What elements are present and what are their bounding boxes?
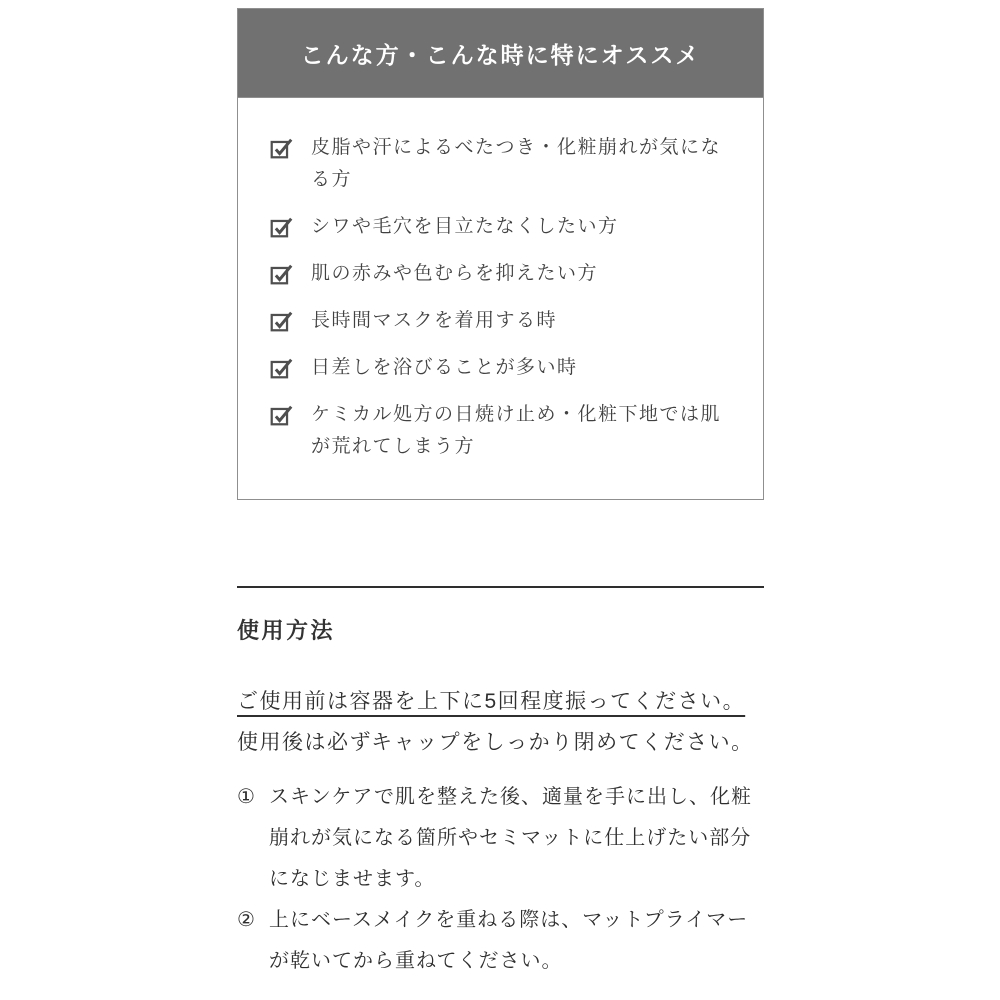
- step-number: ①: [237, 777, 269, 818]
- usage-step: ① スキンケアで肌を整えた後、適量を手に出し、化粧崩れが気になる箇所やセミマット…: [237, 777, 764, 900]
- checklist-item: 皮脂や汗によるべたつき・化粧崩れが気になる方: [268, 132, 739, 196]
- checked-checkbox-icon: [268, 308, 294, 334]
- usage-step: ② 上にベースメイクを重ねる際は、マットプライマーが乾いてから重ねてください。: [237, 900, 764, 982]
- checklist-item-label: 肌の赤みや色むらを抑えたい方: [311, 258, 598, 290]
- usage-note: ご使用前は容器を上下に5回程度振ってください。 使用後は必ずキャップをしっかり閉…: [237, 681, 764, 763]
- checklist-item-label: 皮脂や汗によるべたつき・化粧崩れが気になる方: [311, 132, 739, 196]
- checked-checkbox-icon: [268, 355, 294, 381]
- checklist-item-label: シワや毛穴を目立たなくしたい方: [311, 211, 619, 243]
- checklist-item: 肌の赤みや色むらを抑えたい方: [268, 258, 739, 290]
- step-text: スキンケアで肌を整えた後、適量を手に出し、化粧崩れが気になる箇所やセミマットに仕…: [269, 777, 764, 900]
- recommend-box: こんな方・こんな時に特にオススメ 皮脂や汗によるべたつき・化粧崩れが気になる方: [237, 8, 764, 500]
- checked-checkbox-icon: [268, 214, 294, 240]
- step-text: 上にベースメイクを重ねる際は、マットプライマーが乾いてから重ねてください。: [269, 900, 764, 982]
- checklist-item-label: 長時間マスクを着用する時: [311, 305, 557, 337]
- checklist-item-label: 日差しを浴びることが多い時: [311, 352, 578, 384]
- checklist-item: 日差しを浴びることが多い時: [268, 352, 739, 384]
- usage-heading: 使用方法: [237, 614, 764, 645]
- checklist-item: 長時間マスクを着用する時: [268, 305, 739, 337]
- usage-note-cap-instruction: 使用後は必ずキャップをしっかり閉めてください。: [237, 731, 754, 754]
- recommend-checklist: 皮脂や汗によるべたつき・化粧崩れが気になる方 シワや毛穴を目立たなくしたい方: [238, 98, 763, 499]
- recommend-box-header: こんな方・こんな時に特にオススメ: [238, 9, 763, 98]
- product-description-page: こんな方・こんな時に特にオススメ 皮脂や汗によるべたつき・化粧崩れが気になる方: [0, 0, 1000, 1000]
- checklist-item-label: ケミカル処方の日焼け止め・化粧下地では肌が荒れてしまう方: [311, 399, 739, 463]
- checklist-item: ケミカル処方の日焼け止め・化粧下地では肌が荒れてしまう方: [268, 399, 739, 463]
- checklist-item: シワや毛穴を目立たなくしたい方: [268, 211, 739, 243]
- checked-checkbox-icon: [268, 261, 294, 287]
- step-number: ②: [237, 900, 269, 941]
- usage-steps: ① スキンケアで肌を整えた後、適量を手に出し、化粧崩れが気になる箇所やセミマット…: [237, 777, 764, 982]
- section-divider: [237, 586, 764, 588]
- content-column: こんな方・こんな時に特にオススメ 皮脂や汗によるべたつき・化粧崩れが気になる方: [237, 0, 764, 982]
- checked-checkbox-icon: [268, 135, 294, 161]
- usage-note-shake-instruction: ご使用前は容器を上下に5回程度振ってください。: [237, 681, 764, 722]
- checked-checkbox-icon: [268, 402, 294, 428]
